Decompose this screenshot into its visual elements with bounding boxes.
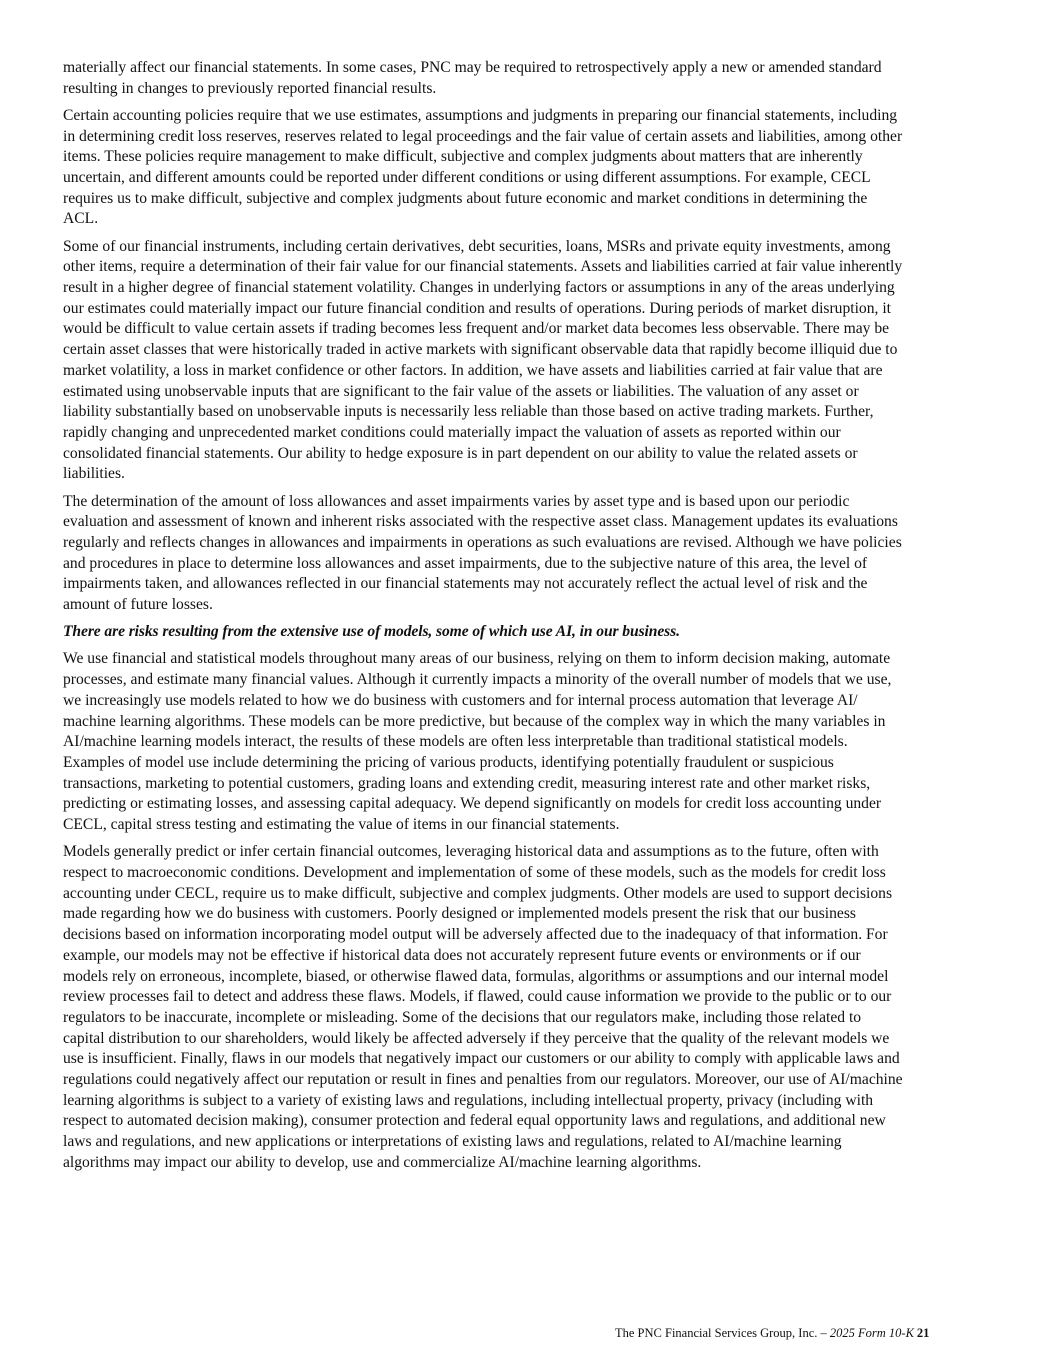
text-line: use is insufficient. Finally, flaws in o… xyxy=(63,1049,993,1070)
text-line: example, our models may not be effective… xyxy=(63,946,993,967)
paragraph: We use financial and statistical models … xyxy=(63,649,993,835)
text-line: rapidly changing and unprecedented marke… xyxy=(63,423,993,444)
page-footer: The PNC Financial Services Group, Inc. –… xyxy=(615,1326,975,1341)
text-line: AI/machine learning models interact, the… xyxy=(63,732,993,753)
text-line: regulators to be inaccurate, incomplete … xyxy=(63,1008,993,1029)
text-line: machine learning algorithms. These model… xyxy=(63,712,993,733)
text-line: Certain accounting policies require that… xyxy=(63,106,993,127)
text-line: estimated using unobservable inputs that… xyxy=(63,382,993,403)
text-line: Some of our financial instruments, inclu… xyxy=(63,237,993,258)
text-line: Examples of model use include determinin… xyxy=(63,753,993,774)
paragraph: The determination of the amount of loss … xyxy=(63,492,993,616)
text-line: respect to macroeconomic conditions. Dev… xyxy=(63,863,993,884)
text-line: impairments taken, and allowances reflec… xyxy=(63,574,993,595)
text-line: ACL. xyxy=(63,209,993,230)
text-line: algorithms may impact our ability to dev… xyxy=(63,1153,993,1174)
text-line: liabilities. xyxy=(63,464,993,485)
text-line: made regarding how we do business with c… xyxy=(63,904,993,925)
text-line: and procedures in place to determine los… xyxy=(63,554,993,575)
text-line: in determining credit loss reserves, res… xyxy=(63,127,993,148)
text-line: CECL, capital stress testing and estimat… xyxy=(63,815,993,836)
text-line: transactions, marketing to potential cus… xyxy=(63,774,993,795)
text-line: regularly and reflects changes in allowa… xyxy=(63,533,993,554)
section-heading: There are risks resulting from the exten… xyxy=(63,622,993,643)
page-number: 21 xyxy=(917,1326,930,1340)
text-line: amount of future losses. xyxy=(63,595,993,616)
text-line: market volatility, a loss in market conf… xyxy=(63,361,993,382)
text-line: decisions based on information incorpora… xyxy=(63,925,993,946)
text-line: uncertain, and different amounts could b… xyxy=(63,168,993,189)
text-line: processes, and estimate many financial v… xyxy=(63,670,993,691)
paragraph: Certain accounting policies require that… xyxy=(63,106,993,230)
text-line: models rely on erroneous, incomplete, bi… xyxy=(63,967,993,988)
text-line: other items, require a determination of … xyxy=(63,257,993,278)
paragraph: materially affect our financial statemen… xyxy=(63,58,993,99)
text-line: resulting in changes to previously repor… xyxy=(63,79,993,100)
text-line: predicting or estimating losses, and ass… xyxy=(63,794,993,815)
body-section-accounting: materially affect our financial statemen… xyxy=(63,58,993,616)
text-line: review processes fail to detect and addr… xyxy=(63,987,993,1008)
text-line: our estimates could materially impact ou… xyxy=(63,299,993,320)
text-line: learning algorithms is subject to a vari… xyxy=(63,1091,993,1112)
text-line: certain asset classes that were historic… xyxy=(63,340,993,361)
text-line: We use financial and statistical models … xyxy=(63,649,993,670)
text-line: evaluation and assessment of known and i… xyxy=(63,512,993,533)
text-line: respect to automated decision making), c… xyxy=(63,1111,993,1132)
text-line: liability substantially based on unobser… xyxy=(63,402,993,423)
text-line: regulations could negatively affect our … xyxy=(63,1070,993,1091)
text-line: consolidated financial statements. Our a… xyxy=(63,444,993,465)
text-line: result in a higher degree of financial s… xyxy=(63,278,993,299)
text-line: we increasingly use models related to ho… xyxy=(63,691,993,712)
body-section-models: We use financial and statistical models … xyxy=(63,649,993,1173)
text-line: The determination of the amount of loss … xyxy=(63,492,993,513)
document-page: materially affect our financial statemen… xyxy=(63,58,993,1180)
text-line: accounting under CECL, require us to mak… xyxy=(63,884,993,905)
text-line: items. These policies require management… xyxy=(63,147,993,168)
footer-company: The PNC Financial Services Group, Inc. – xyxy=(615,1326,830,1340)
footer-form: 2025 Form 10-K xyxy=(830,1326,914,1340)
text-line: capital distribution to our shareholders… xyxy=(63,1029,993,1050)
text-line: Models generally predict or infer certai… xyxy=(63,842,993,863)
paragraph: Models generally predict or infer certai… xyxy=(63,842,993,1173)
text-line: would be difficult to value certain asse… xyxy=(63,319,993,340)
paragraph: Some of our financial instruments, inclu… xyxy=(63,237,993,485)
text-line: laws and regulations, and new applicatio… xyxy=(63,1132,993,1153)
text-line: requires us to make difficult, subjectiv… xyxy=(63,189,993,210)
text-line: materially affect our financial statemen… xyxy=(63,58,993,79)
